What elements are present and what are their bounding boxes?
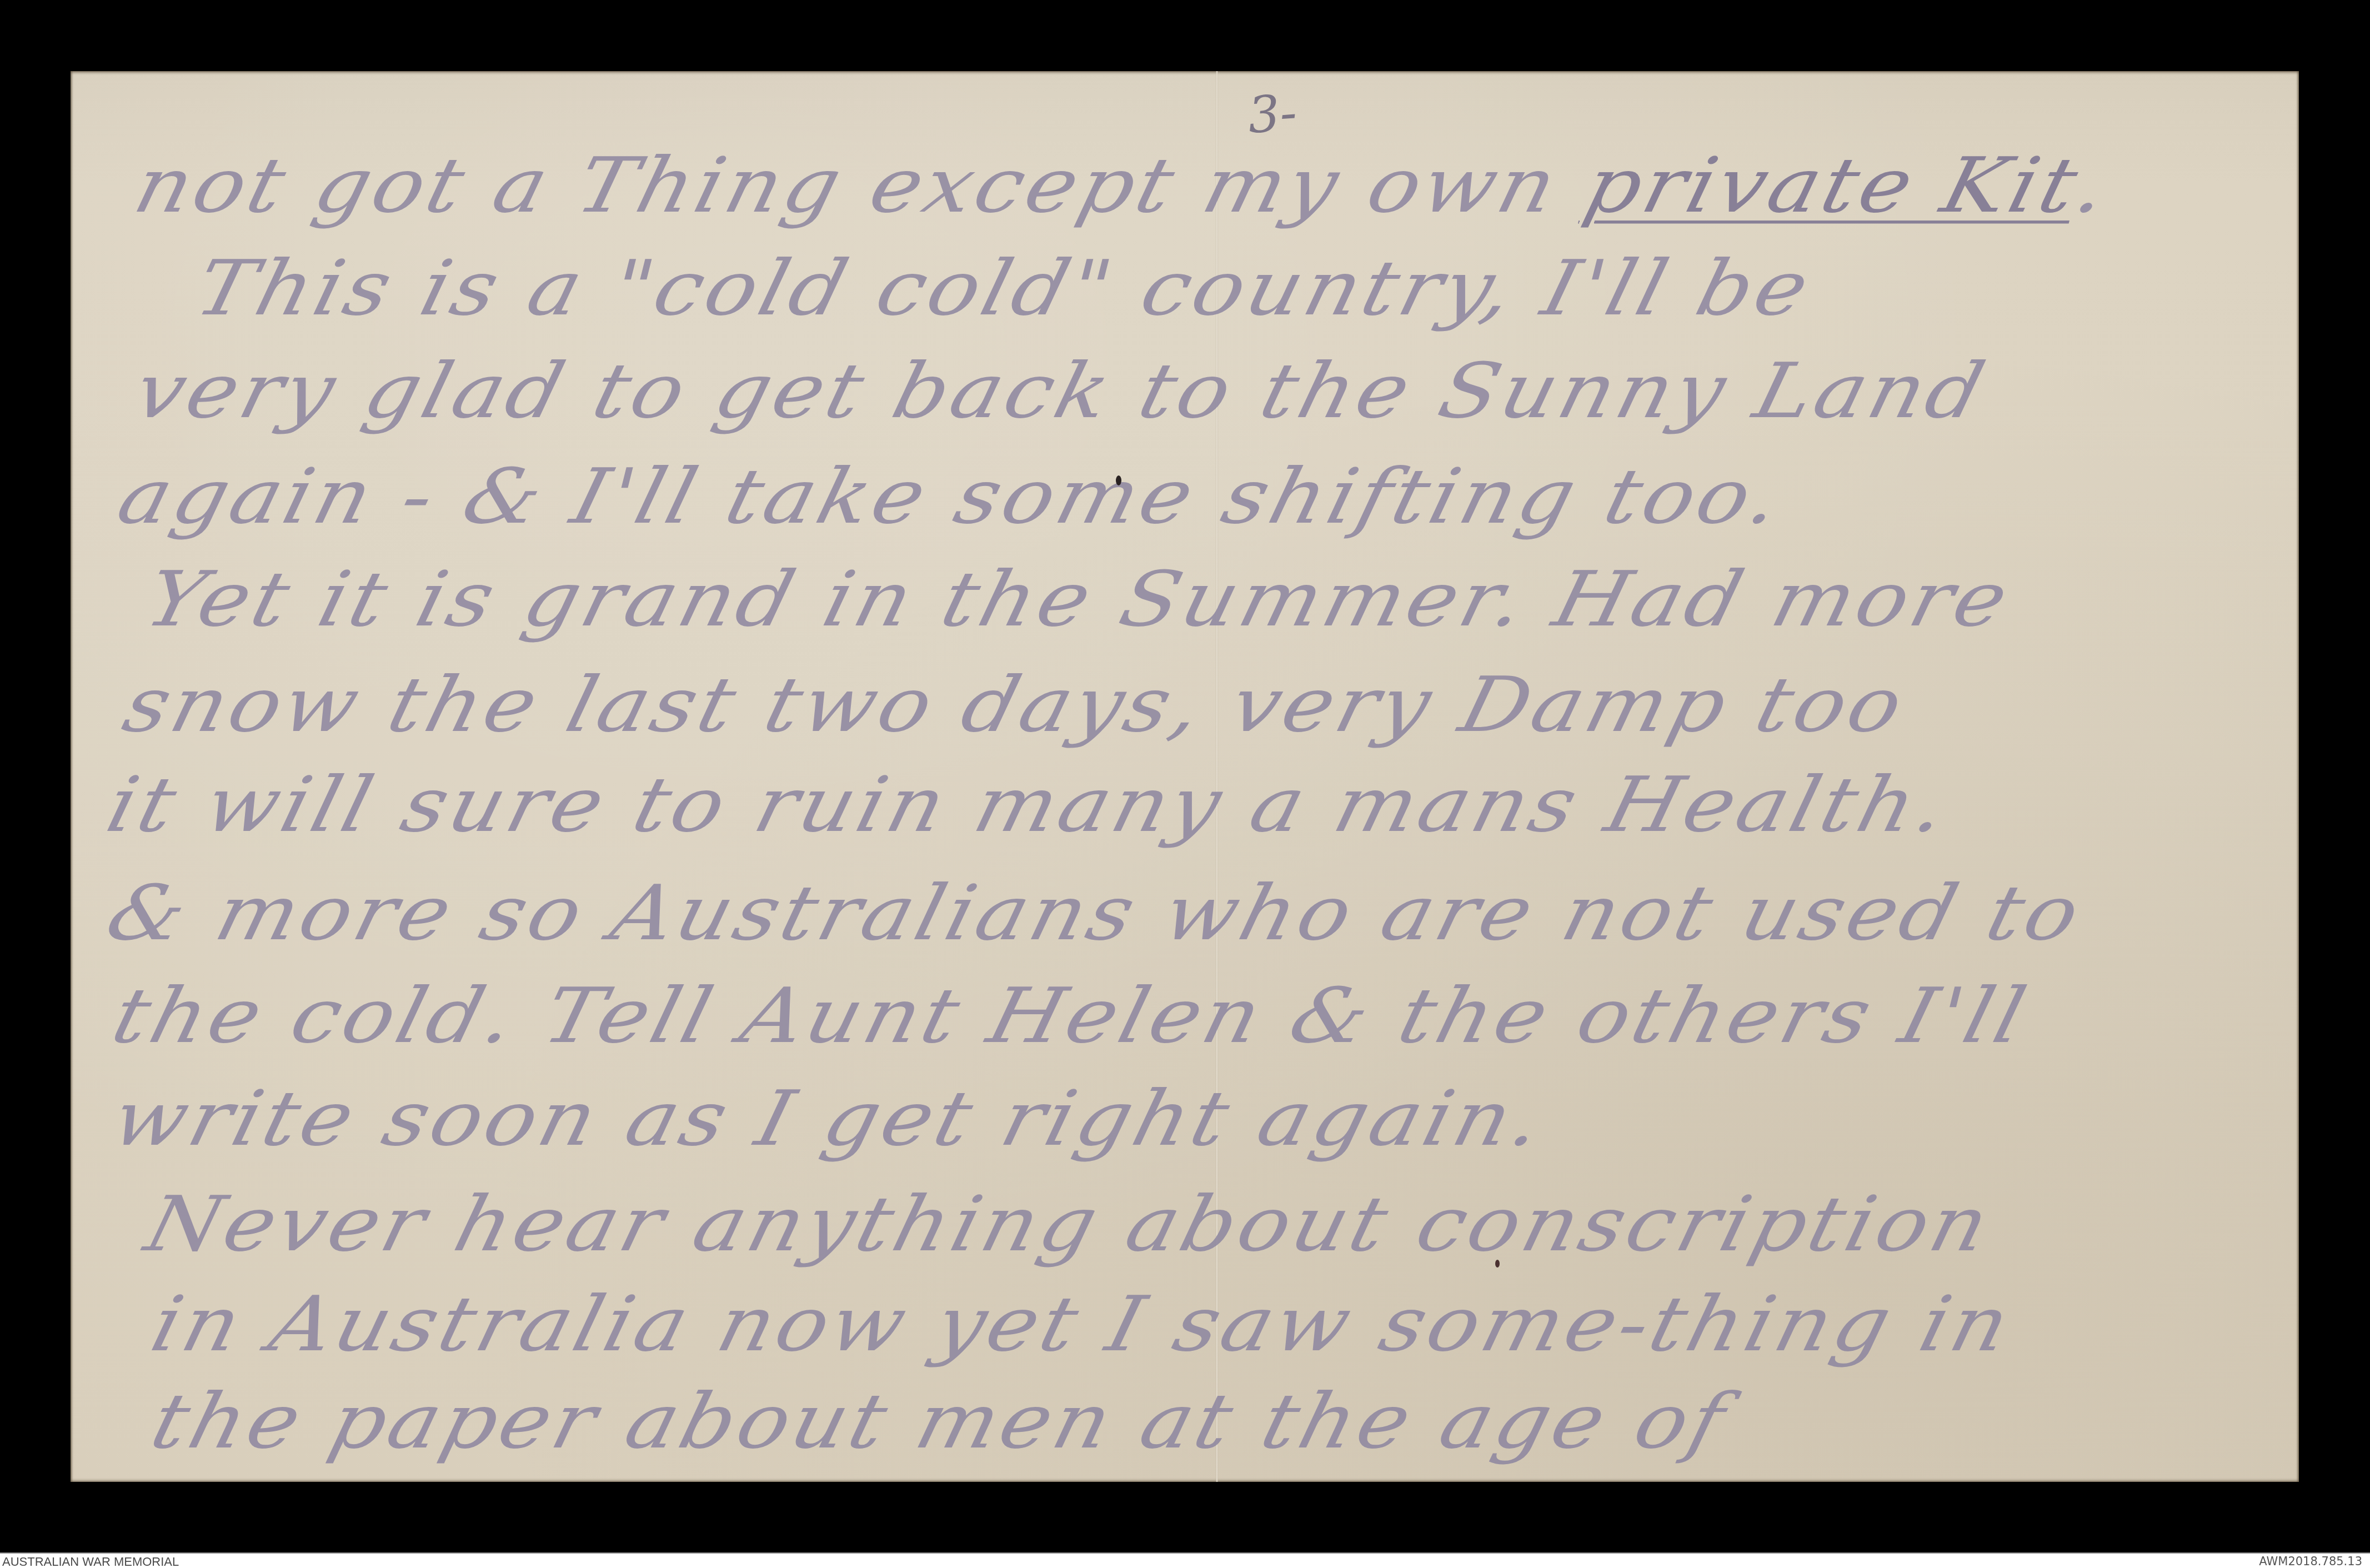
accession-number: AWM2018.785.13 [2259, 1555, 2362, 1568]
letter-page: 3- not got a Thing except my own private… [71, 71, 2299, 1482]
letter-line-2: This is a "cold cold" country, I'll be [189, 251, 1819, 327]
letter-line-11: Never hear anything about conscription [139, 1186, 1999, 1263]
letter-line-10: write soon as I get right again. [106, 1081, 1552, 1157]
letter-line-5: Yet it is grand in the Summer. Had more [139, 562, 2018, 638]
letter-line-8: & more so Australians who are not used t… [100, 875, 2090, 951]
institution-name: AUSTRALIAN WAR MEMORIAL [2, 1555, 179, 1568]
ink-speck [1116, 475, 1121, 485]
letter-line-4: again - & I'll take some shifting too. [111, 459, 1791, 535]
letter-line-1: not got a Thing except my own private Ki… [128, 148, 2118, 224]
letter-line-1-text: not got a Thing except my own [126, 141, 1599, 229]
letter-line-13: the paper about men at the age of [144, 1384, 1735, 1460]
letter-line-7: it will sure to ruin many a mans Health. [100, 767, 1957, 843]
ink-speck [1495, 1260, 1500, 1268]
letter-line-9: the cold. Tell Aunt Helen & the others I… [106, 978, 2036, 1054]
letter-line-3: very glad to get back to the Sunny Land [128, 353, 1995, 429]
letter-line-6: snow the last two days, very Damp too [117, 667, 1913, 743]
underlined-phrase: private Kit [1576, 141, 2089, 229]
page-number: 3- [1246, 83, 1299, 145]
letter-line-12: in Australia now yet I saw some-thing in [144, 1286, 2020, 1362]
caption-bar: AUSTRALIAN WAR MEMORIAL AWM2018.785.13 [0, 1552, 2370, 1568]
